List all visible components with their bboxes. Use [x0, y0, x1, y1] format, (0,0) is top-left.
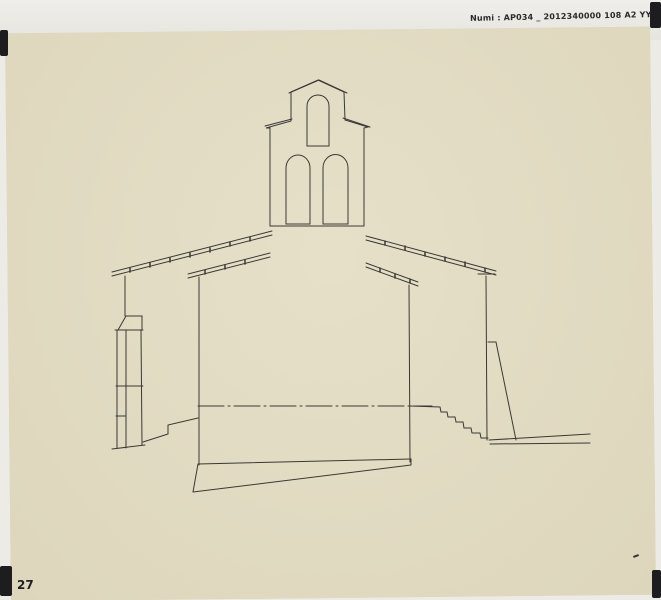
ground-platform — [193, 406, 432, 492]
binder-clip-bottom-right — [652, 570, 661, 598]
binder-clip-bottom-left — [0, 566, 12, 596]
elevation-drawing — [0, 0, 661, 600]
walls — [112, 274, 590, 465]
binder-clip-top-left — [0, 30, 8, 56]
roof-slopes — [112, 231, 496, 286]
bell-gable — [265, 80, 370, 226]
page-number: 27 — [17, 578, 34, 592]
